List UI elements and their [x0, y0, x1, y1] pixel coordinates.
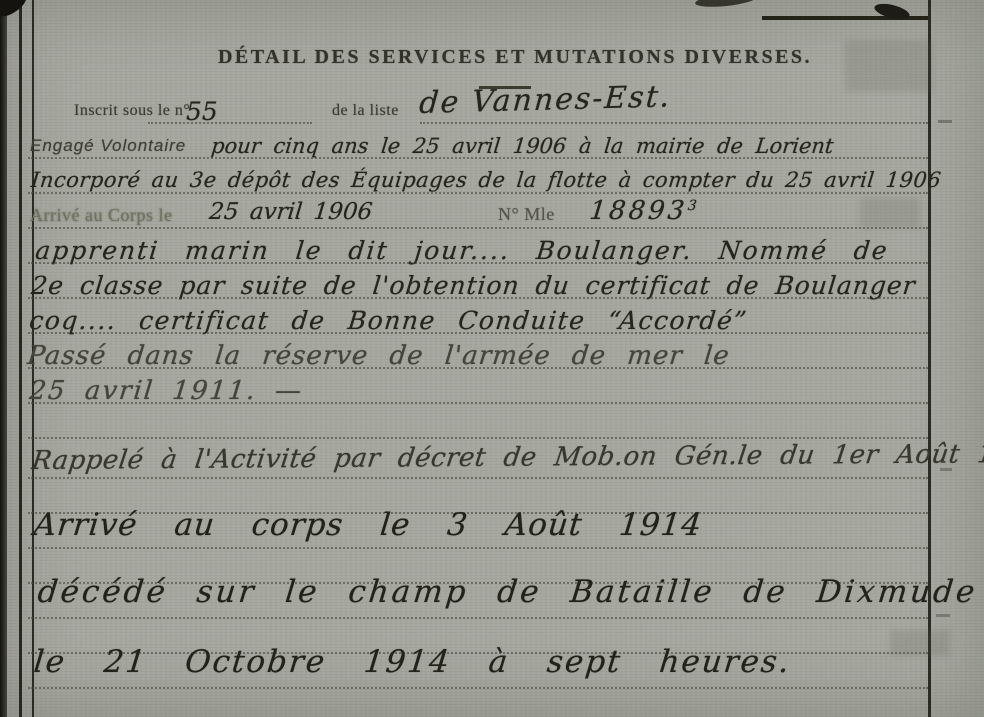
ruled-line — [28, 547, 928, 549]
top-right-horizontal-rule — [762, 16, 928, 20]
matricule-printed-label: N° Mle — [498, 204, 555, 225]
ruled-line — [28, 192, 928, 194]
matricule-number-superscript: 3 — [687, 198, 701, 214]
military-record-page: DÉTAIL DES SERVICES ET MUTATIONS DIVERSE… — [0, 0, 984, 717]
engage-handwritten: pour cinq ans le 25 avril 1906 à la mair… — [210, 134, 835, 158]
bleed-through-ghost-top — [845, 40, 933, 92]
mobilisation-entry-rappele: Rappelé à l'Activité par décret de Mob.o… — [30, 439, 984, 476]
engage-volontaire-stamp: Engagé Volontaire — [30, 136, 186, 156]
margin-tick-mark — [938, 120, 952, 123]
mobilisation-entry-decede: décédé sur le champ de Bataille de Dixmu… — [36, 574, 979, 610]
top-edge-mark — [695, 0, 758, 9]
inscrit-printed-label: Inscrit sous le n° — [74, 102, 190, 120]
ruled-line — [28, 687, 928, 689]
top-right-ink-blot — [873, 1, 911, 22]
service-entry-reserve-date: 25 avril 1911. — — [28, 376, 305, 406]
service-entry-bonne-conduite: coq.... certificat de Bonne Conduite “Ac… — [28, 306, 749, 335]
mobilisation-entry-date-deces: le 21 Octobre 1914 à sept heures. — [32, 644, 793, 680]
liste-name-handwritten: de Vannes-Est. — [418, 79, 673, 121]
arrive-corps-printed-label: Arrivé au Corps le — [30, 205, 172, 226]
ruled-line — [148, 122, 312, 124]
service-entry-passe-reserve: Passé dans la réserve de l'armée de mer … — [26, 341, 731, 371]
matricule-number-main: 18893 — [588, 196, 689, 226]
binding-edge — [0, 0, 7, 717]
margin-tick-mark — [936, 614, 950, 617]
inscrit-number: 55 — [186, 97, 218, 126]
arrive-corps-date: 25 avril 1906 — [208, 199, 374, 225]
liste-printed-label: de la liste — [332, 102, 399, 120]
matricule-number: 188933 — [588, 196, 701, 226]
ruled-line — [28, 227, 928, 229]
mobilisation-entry-arrive-corps: Arrivé au corps le 3 Août 1914 — [32, 507, 704, 543]
service-entry-2e-classe: 2e classe par suite de l'obtention du ce… — [30, 271, 917, 300]
ruled-line — [28, 617, 928, 619]
incorpore-handwritten: Incorporé au 3e dépôt des Équipages de l… — [30, 168, 943, 192]
page-title: DÉTAIL DES SERVICES ET MUTATIONS DIVERSE… — [190, 46, 840, 69]
ruled-line — [28, 437, 928, 439]
bleed-through-ghost-mid — [860, 198, 920, 228]
ruled-line — [28, 477, 928, 479]
ruled-line — [420, 122, 928, 124]
service-entry-apprenti: apprenti marin le dit jour.... Boulanger… — [34, 236, 890, 265]
